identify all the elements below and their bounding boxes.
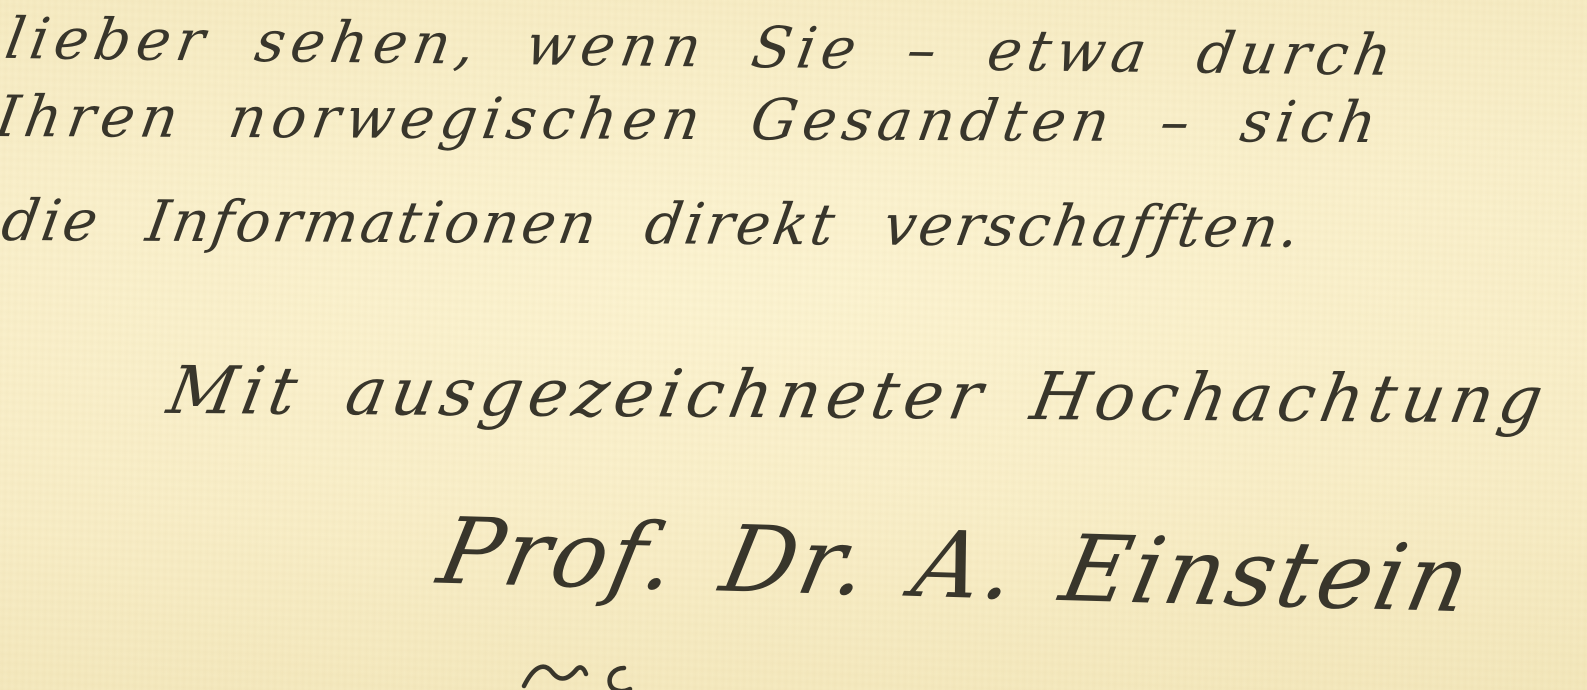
handwritten-body-line-3: die Informationen direkt verschafften. <box>0 188 1307 261</box>
handwritten-closing-line: Mit ausgezeichneter Hochachtung <box>162 352 1555 439</box>
handwritten-signature: Prof. Dr. A. Einstein <box>430 498 1481 633</box>
cutoff-stroke-fragment <box>520 660 660 690</box>
handwritten-body-line-1: lieber sehen, wenn Sie – etwa durch <box>1 6 1403 89</box>
handwritten-body-line-2: Ihren norwegischen Gesandten – sich <box>0 84 1387 156</box>
letter-page: lieber sehen, wenn Sie – etwa durch Ihre… <box>0 0 1587 690</box>
